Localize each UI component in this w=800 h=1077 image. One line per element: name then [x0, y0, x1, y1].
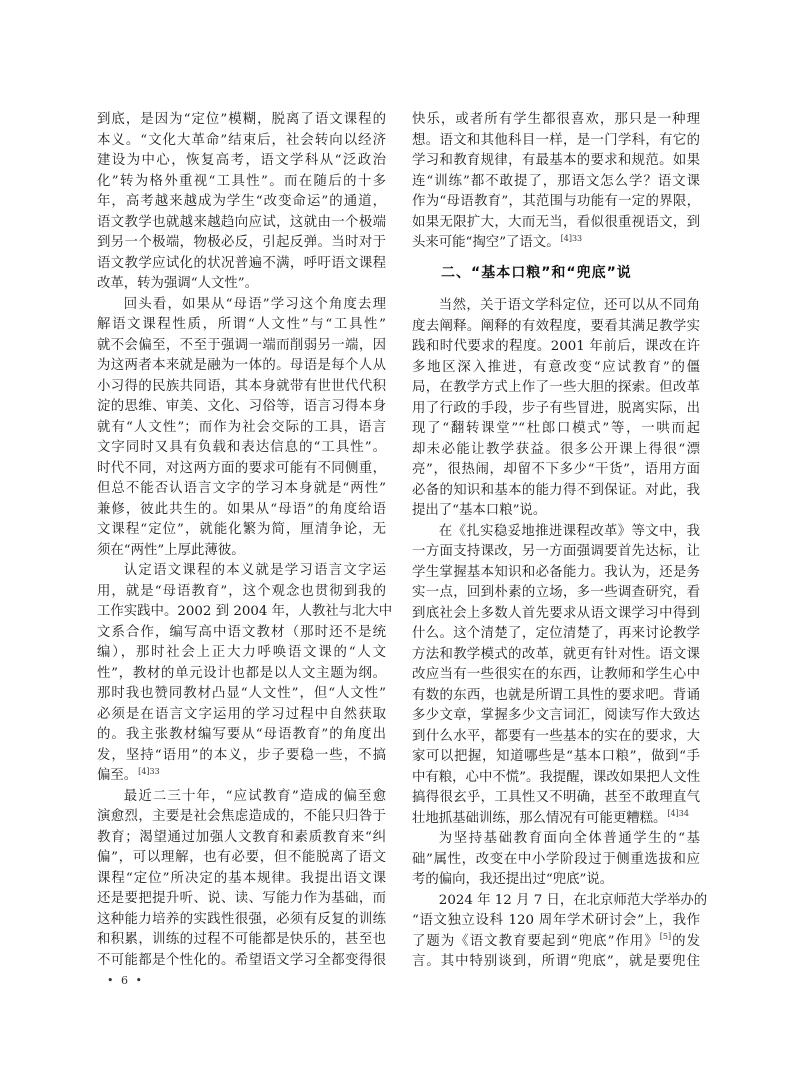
text-line: 考的偏向，我还提出过“兜底”说。 [412, 870, 700, 891]
text-line: 课程“定位”所决定的基本规律。我提出语文课 [97, 869, 386, 890]
text-line: 用，就是“母语教育”，这个观念也贯彻到我的 [97, 582, 386, 603]
text-line: 学生掌握基本知识和必备能力。我认为，还是务 [412, 563, 700, 584]
paragraph: 最近二三十年，“应试教育”造成的偏至愈 演愈烈，主要是社会焦虑造成的，不能只归咎… [97, 787, 386, 972]
text-line: 语文教学应试化的状况普遍不满，呼吁语文课程 [97, 254, 386, 275]
text-line: 到底，是因为“定位”模糊，脱离了语文课程的 [97, 110, 386, 131]
text-line: 作为“母语教育”，其范围与功能有一定的界限， [412, 192, 700, 213]
text-line: 文字同时又具有负载和表达信息的“工具性”。 [97, 438, 386, 459]
left-column: 到底，是因为“定位”模糊，脱离了语文课程的 本义。“文化大革命”结束后，社会转向… [97, 110, 386, 971]
text-line: 提出了“基本口粮”说。 [412, 501, 700, 522]
text-line: 为坚持基础教育面向全体普通学生的“基 [412, 829, 700, 850]
text-line: 须在“两性”上厚此薄彼。 [97, 541, 386, 562]
line-text: 了题为《语文教育要起到“兜底”作用》 [412, 934, 659, 949]
text-line: 文课程“定位”，就能化繁为简，厘清争论，无 [97, 520, 386, 541]
text-line: 多少文章，掌握多少文言词汇，阅读写作大致达 [412, 706, 700, 727]
text-line: 的。我主张教材编写要从“母语教育”的角度出 [97, 725, 386, 746]
text-line: 工作实践中。2002 到 2004 年，人教社与北大中 [97, 602, 386, 623]
page-number: • 6 • [107, 974, 144, 987]
text-line: 壮地抓基础训练，那么情况有可能更糟糕。[4]34 [412, 809, 700, 830]
citation-superscript: [4]34 [667, 809, 689, 818]
section-heading: 二、“基本口粮”和“兜底”说 [412, 263, 700, 284]
text-line: 编），那时社会上正大力呼唤语文课的“人文 [97, 643, 386, 664]
text-line: 但总不能否认语言文字的学习本身就是“两性” [97, 479, 386, 500]
text-line: 到什么水平，都要有一些基本的实在的要求，大 [412, 727, 700, 748]
text-line: 建设为中心，恢复高考，语文学科从“泛政治 [97, 151, 386, 172]
paragraph: 2024 年 12 月 7 日，在北京师范大学举办的 “语文独立设科 120 周… [412, 891, 700, 973]
text-line: 改应当有一些很实在的东西，让教师和学生心中 [412, 665, 700, 686]
text-line: 础”属性，改变在中小学阶段过于侧重选拔和应 [412, 850, 700, 871]
text-line: 偏至。[4]33 [97, 766, 386, 787]
text-line: 想。语文和其他科目一样，是一门学科，有它的 [412, 131, 700, 152]
text-line: 快乐，或者所有学生都很喜欢，那只是一种理 [412, 110, 700, 131]
text-line: 演愈烈，主要是社会焦虑造成的，不能只归咎于 [97, 807, 386, 828]
paragraph: 到底，是因为“定位”模糊，脱离了语文课程的 本义。“文化大革命”结束后，社会转向… [97, 110, 386, 295]
text-line: 家可以把握，知道哪些是“基本口粮”，做到“手 [412, 747, 700, 768]
text-line: 度去阐释。阐释的有效程度，要看其满足教学实 [412, 317, 700, 338]
text-line: 学习和教育规律，有最基本的要求和规范。如果 [412, 151, 700, 172]
text-line: 搞得很玄乎，工具性又不明确，甚至不敢理直气 [412, 788, 700, 809]
text-line: 改革，转为强调“人文性”。 [97, 274, 386, 295]
text-line: 教育；渴望通过加强人文教育和素质教育来“纠 [97, 828, 386, 849]
text-line: 多地区深入推进，有意改变“应试教育”的僵 [412, 358, 700, 379]
text-line: 什么。这个清楚了，定位清楚了，再来讨论教学 [412, 624, 700, 645]
text-line: 回头看，如果从“母语”学习这个角度去理 [97, 295, 386, 316]
text-line: 连“训练”都不敢提了，那语文怎么学？语文课 [412, 172, 700, 193]
text-line: 言。其中特别谈到，所谓“兜底”，就是要兜住 [412, 952, 700, 973]
text-line: 中有粮，心中不慌”。我提醒，课改如果把人文性 [412, 768, 700, 789]
paragraph: 快乐，或者所有学生都很喜欢，那只是一种理 想。语文和其他科目一样，是一门学科，有… [412, 110, 700, 254]
text-line: 发，坚持“语用”的本义，步子要稳一些，不搞 [97, 746, 386, 767]
text-line: 就不会偏至，不至于强调一端而削弱另一端，因 [97, 336, 386, 357]
text-line: 践和时代要求的程度。2001 年前后，课改在许 [412, 337, 700, 358]
text-line: 必备的知识和基本的能力得不到保证。对此，我 [412, 481, 700, 502]
text-line: 性”，教材的单元设计也都是以人文主题为纲。 [97, 664, 386, 685]
text-line: 那时我也赞同教材凸显“人文性”，但“人文性” [97, 684, 386, 705]
text-line: 如果无限扩大，大而无当，看似很重视语文，到 [412, 213, 700, 234]
text-line: 实一点，回到朴素的立场，多一些调查研究，看 [412, 583, 700, 604]
text-line: 现了“翻转课堂”“杜郎口模式”等，一哄而起 [412, 419, 700, 440]
paragraph: 当然，关于语文学科定位，还可以从不同角 度去阐释。阐释的有效程度，要看其满足教学… [412, 296, 700, 522]
text-line: 却未必能让教学获益。很多公开课上得很“漂 [412, 440, 700, 461]
text-line: 解语文课程性质，所谓“人文性”与“工具性” [97, 315, 386, 336]
text-line: 小习得的民族共同语，其本身就带有世世代代积 [97, 377, 386, 398]
citation-superscript: [4]33 [561, 234, 583, 243]
text-line: 头来可能“掏空”了语文。[4]33 [412, 233, 700, 254]
text-line: 本义。“文化大革命”结束后，社会转向以经济 [97, 131, 386, 152]
paragraph: 回头看，如果从“母语”学习这个角度去理 解语文课程性质，所谓“人文性”与“工具性… [97, 295, 386, 562]
paragraph: 在《扎实稳妥地推进课程改革》等文中，我 一方面支持课改，另一方面强调要首先达标，… [412, 522, 700, 830]
citation-superscript: [4]33 [138, 767, 160, 776]
text-line: 当然，关于语文学科定位，还可以从不同角 [412, 296, 700, 317]
line-text: 的发 [671, 934, 700, 949]
text-line: 和积累，训练的过程不可能都是快乐的，甚至也 [97, 930, 386, 951]
citation-superscript: [5] [660, 932, 671, 941]
text-line: 用了行政的手段，步子有些冒进，脱离实际，出 [412, 399, 700, 420]
text-line: 为这两者本来就是融为一体的。母语是每个人从 [97, 356, 386, 377]
text-line: 就有“人文性”；而作为社会交际的工具，语言 [97, 418, 386, 439]
text-line: 还是要把提升听、说、读、写能力作为基础，而 [97, 889, 386, 910]
text-line: 有数的东西，也就是所谓工具性的要求吧。背诵 [412, 686, 700, 707]
text-line: 一方面支持课改，另一方面强调要首先达标，让 [412, 542, 700, 563]
text-line: 必须是在语言文字运用的学习过程中自然获取 [97, 705, 386, 726]
text-line: “语文独立设科 120 周年学术研讨会”上，我作 [412, 911, 700, 932]
text-line: 这种能力培养的实践性很强，必须有反复的训练 [97, 910, 386, 931]
paragraph: 认定语文课程的本义就是学习语言文字运 用，就是“母语教育”，这个观念也贯彻到我的… [97, 561, 386, 787]
text-line: 亮”，很热闹，却留不下多少“干货”，语用方面 [412, 460, 700, 481]
line-text: 头来可能“掏空”了语文。 [412, 235, 560, 250]
text-line: 语文教学也就越来越趋向应试，这就由一个极端 [97, 213, 386, 234]
line-text: 偏至。 [97, 768, 137, 783]
text-line: 偏”，可以理解，也有必要，但不能脱离了语文 [97, 848, 386, 869]
text-line: 了题为《语文教育要起到“兜底”作用》[5]的发 [412, 932, 700, 953]
text-line: 淀的思维、审美、文化、习俗等，语言习得本身 [97, 397, 386, 418]
text-line: 到另一个极端，物极必反，引起反弹。当时对于 [97, 233, 386, 254]
text-line: 时代不同，对这两方面的要求可能有不同侧重， [97, 459, 386, 480]
text-line: 兼修，彼此共生的。如果从“母语”的角度给语 [97, 500, 386, 521]
text-line: 在《扎实稳妥地推进课程改革》等文中，我 [412, 522, 700, 543]
paragraph: 为坚持基础教育面向全体普通学生的“基 础”属性，改变在中小学阶段过于侧重选拔和应… [412, 829, 700, 891]
text-line: 最近二三十年，“应试教育”造成的偏至愈 [97, 787, 386, 808]
text-line: 到底社会上多数人首先要求从语文课学习中得到 [412, 604, 700, 625]
text-line: 认定语文课程的本义就是学习语言文字运 [97, 561, 386, 582]
text-line: 2024 年 12 月 7 日，在北京师范大学举办的 [412, 891, 700, 912]
text-line: 方法和教学模式的改革，就更有针对性。语文课 [412, 645, 700, 666]
text-line: 化”转为格外重视“工具性”。而在随后的十多 [97, 172, 386, 193]
text-line: 局，在教学方式上作了一些大胆的探索。但改革 [412, 378, 700, 399]
line-text: 壮地抓基础训练，那么情况有可能更糟糕。 [412, 811, 666, 826]
text-line: 不可能都是个性化的。希望语文学习全都变得很 [97, 951, 386, 972]
text-line: 年，高考越来越成为学生“改变命运”的通道， [97, 192, 386, 213]
right-column: 快乐，或者所有学生都很喜欢，那只是一种理 想。语文和其他科目一样，是一门学科，有… [412, 110, 700, 973]
text-line: 文系合作，编写高中语文教材（那时还不是统 [97, 623, 386, 644]
